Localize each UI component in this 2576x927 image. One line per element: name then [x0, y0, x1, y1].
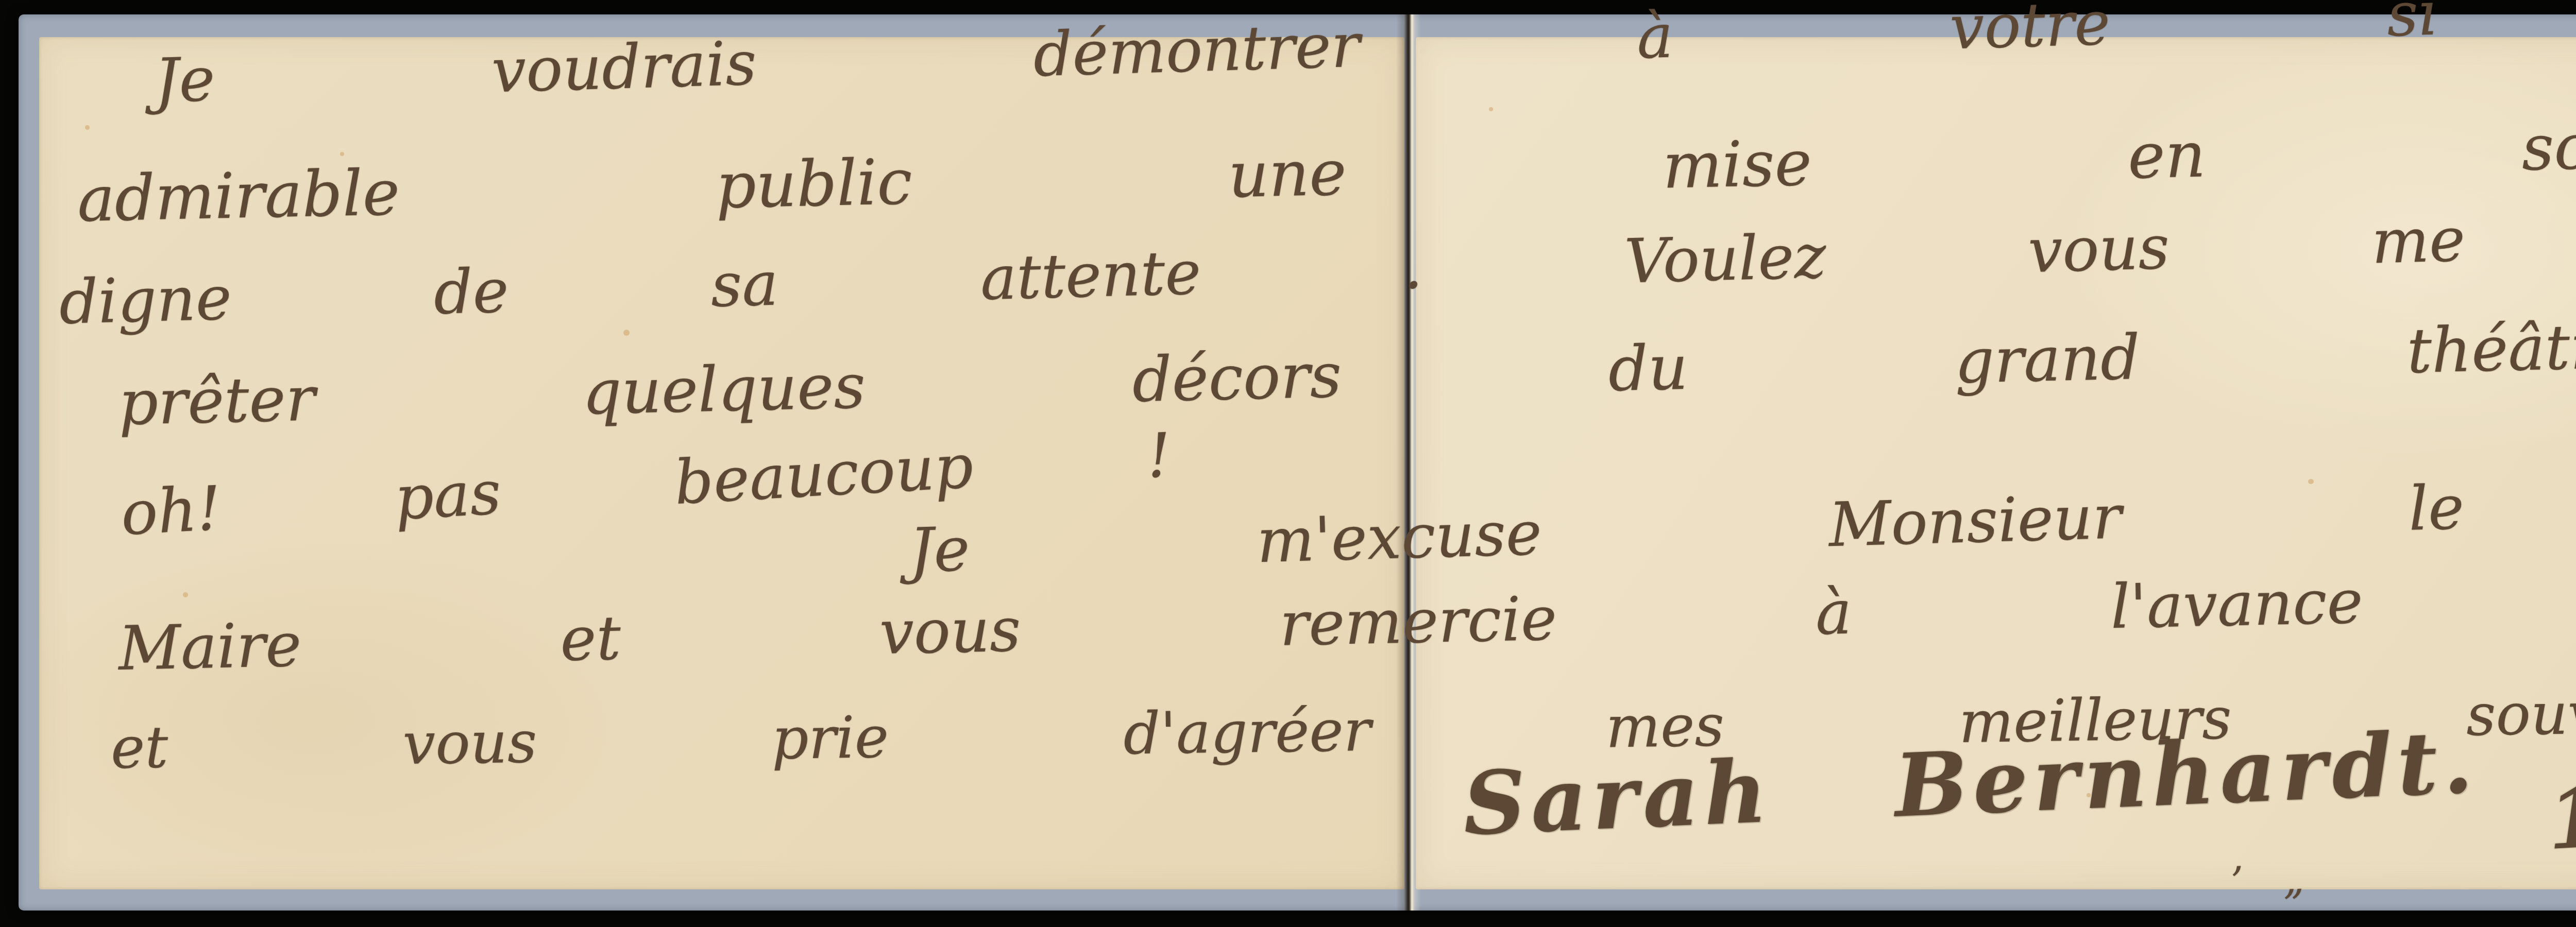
age-spot	[1489, 107, 1493, 111]
signature-year: 1907	[2545, 760, 2576, 868]
age-spot	[623, 330, 630, 336]
age-spot	[183, 592, 188, 597]
signature-ditto-marks: ’ „	[2230, 856, 2318, 905]
scan-background: Je voudrais démontrer à votre si admirab…	[0, 0, 2576, 927]
age-spot	[340, 152, 344, 156]
age-spot	[85, 125, 90, 130]
